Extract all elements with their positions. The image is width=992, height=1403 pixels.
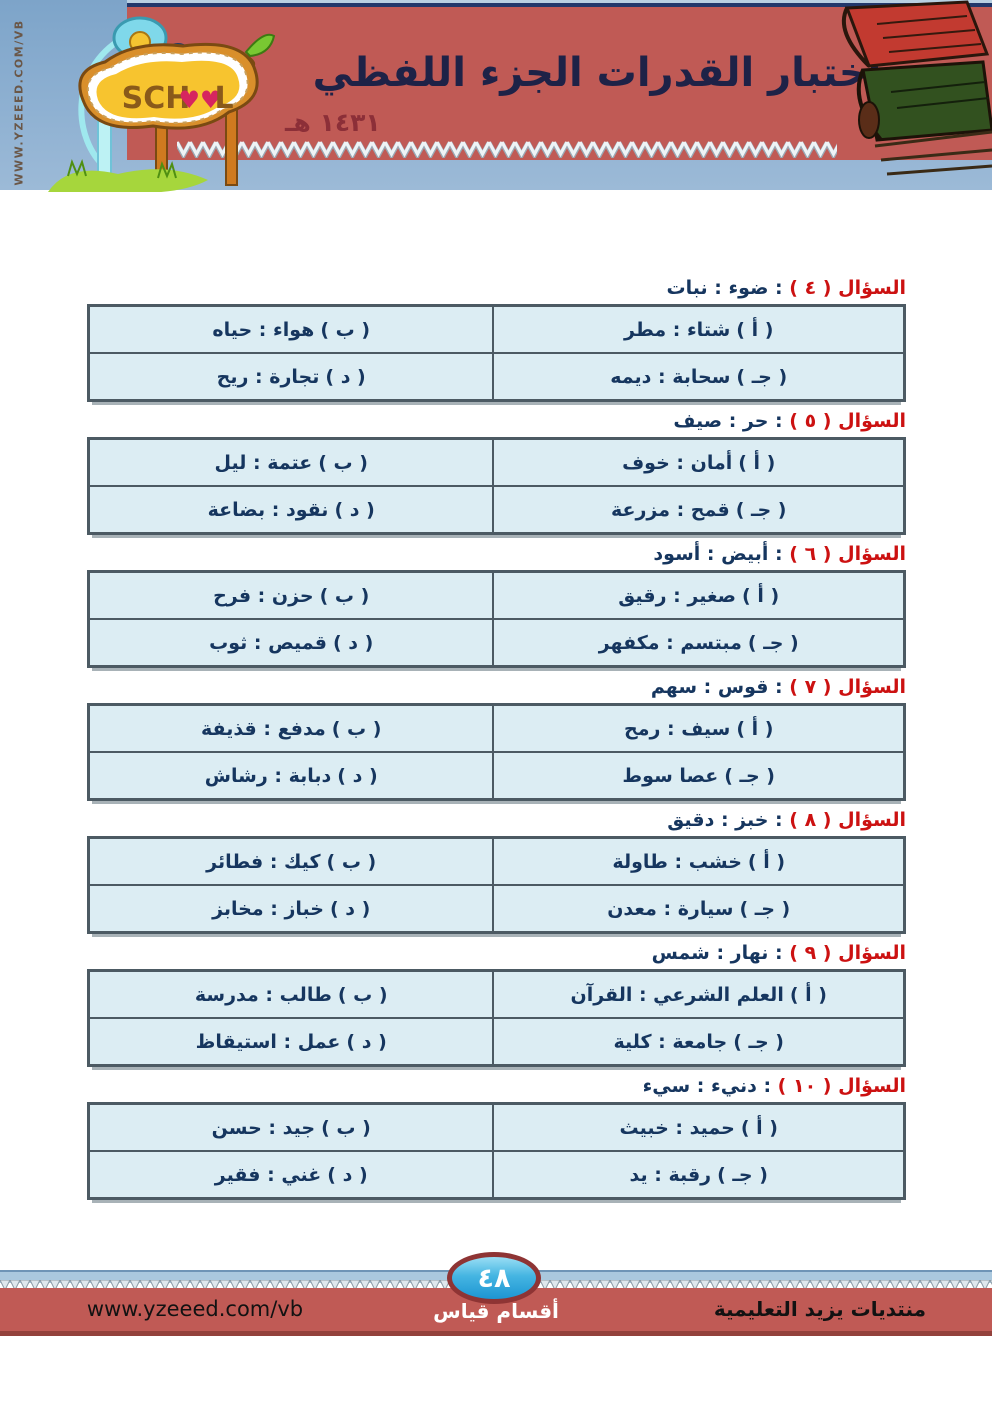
question-number-label: السؤال ( ١٠ ) — [778, 1075, 906, 1097]
option-d: ( د )دبابة : رشاش — [89, 752, 494, 800]
question-separator: : — [768, 277, 789, 299]
option-a: ( أ )العلم الشرعي : القرآن — [493, 971, 904, 1019]
option-c-key: ( جـ ) — [733, 1031, 784, 1053]
options-table: ( أ )أمان : خوف ( ب )عتمة : ليل ( جـ )قم… — [87, 437, 906, 535]
options-table: ( أ )سيف : رمح ( ب )مدفع : قذيفة ( جـ )ع… — [87, 703, 906, 801]
option-d: ( د )عمل : استيقاظ — [89, 1018, 494, 1066]
option-a-key: ( أ ) — [742, 585, 779, 607]
option-a-text: خشب : طاولة — [612, 851, 741, 873]
option-b-text: طالب : مدرسة — [195, 984, 332, 1006]
option-c: ( جـ )عصا سوط — [493, 752, 904, 800]
page-number-badge: ٤٨ — [447, 1252, 541, 1304]
questions-area: السؤال ( ٤ ) : ضوء : نبات ( أ )شتاء : مط… — [87, 276, 906, 1207]
option-d-key: ( د ) — [346, 1031, 386, 1053]
option-a-key: ( أ ) — [741, 1117, 778, 1139]
options-row: ( أ )خشب : طاولة ( ب )كيك : فطائر — [89, 838, 905, 886]
question-title: السؤال ( ٦ ) : أبيض : أسود — [87, 542, 906, 566]
option-a-text: صغير : رقيق — [618, 585, 736, 607]
question-block: السؤال ( ٦ ) : أبيض : أسود ( أ )صغير : ر… — [87, 542, 906, 668]
option-d-key: ( د ) — [327, 1164, 367, 1186]
option-b-key: ( ب ) — [318, 452, 368, 474]
options-table: ( أ )شتاء : مطر ( ب )هواء : حياه ( جـ )س… — [87, 304, 906, 402]
option-c-text: سيارة : معدن — [607, 898, 733, 920]
question-title: السؤال ( ٩ ) : نهار : شمس — [87, 941, 906, 965]
option-c-text: جامعة : كلية — [613, 1031, 727, 1053]
option-c: ( جـ )رقبة : يد — [493, 1151, 904, 1199]
option-c: ( جـ )مبتسم : مكفهر — [493, 619, 904, 667]
question-number-label: السؤال ( ٧ ) — [789, 676, 906, 698]
option-d-text: قميص : ثوب — [209, 632, 327, 654]
option-b-text: كيك : فطائر — [206, 851, 320, 873]
option-b-text: حزن : فرح — [213, 585, 314, 607]
options-row: ( جـ )قمح : مزرعة ( د )نقود : بضاعة — [89, 486, 905, 534]
option-b: ( ب )مدفع : قذيفة — [89, 705, 494, 753]
options-row: ( أ )صغير : رقيق ( ب )حزن : فرح — [89, 572, 905, 620]
option-c-key: ( جـ ) — [748, 632, 799, 654]
option-c-text: سحابة : ديمه — [610, 366, 730, 388]
option-a-key: ( أ ) — [736, 718, 773, 740]
option-c-key: ( جـ ) — [739, 898, 790, 920]
question-title: السؤال ( ٧ ) : قوس : سهم — [87, 675, 906, 699]
options-table: ( أ )حميد : خبيث ( ب )جيد : حسن ( جـ )رق… — [87, 1102, 906, 1200]
question-prompt: أبيض : أسود — [653, 543, 768, 565]
option-c: ( جـ )سحابة : ديمه — [493, 353, 904, 401]
question-title: السؤال ( ٥ ) : حر : صيف — [87, 409, 906, 433]
question-prompt: دنيء : سيء — [643, 1075, 757, 1097]
options-row: ( أ )العلم الشرعي : القرآن ( ب )طالب : م… — [89, 971, 905, 1019]
option-c-key: ( جـ ) — [736, 366, 787, 388]
option-a-key: ( أ ) — [790, 984, 827, 1006]
options-row: ( جـ )سحابة : ديمه ( د )تجارة : ريح — [89, 353, 905, 401]
question-number-label: السؤال ( ٤ ) — [789, 277, 906, 299]
option-a-text: العلم الشرعي : القرآن — [570, 984, 783, 1006]
options-row: ( جـ )سيارة : معدن ( د )خباز : مخابز — [89, 885, 905, 933]
options-table: ( أ )العلم الشرعي : القرآن ( ب )طالب : م… — [87, 969, 906, 1067]
option-a-key: ( أ ) — [738, 452, 775, 474]
option-b: ( ب )هواء : حياه — [89, 306, 494, 354]
option-d-key: ( د ) — [325, 366, 365, 388]
option-b: ( ب )كيك : فطائر — [89, 838, 494, 886]
footer-forum-label: منتديات يزيد التعليمية — [714, 1297, 926, 1321]
question-prompt: ضوء : نبات — [667, 277, 769, 299]
svg-text:L: L — [214, 81, 233, 116]
question-block: السؤال ( ٧ ) : قوس : سهم ( أ )سيف : رمح … — [87, 675, 906, 801]
option-a-key: ( أ ) — [736, 319, 773, 341]
question-block: السؤال ( ٥ ) : حر : صيف ( أ )أمان : خوف … — [87, 409, 906, 535]
options-row: ( جـ )عصا سوط ( د )دبابة : رشاش — [89, 752, 905, 800]
option-d-text: عمل : استيقاظ — [196, 1031, 341, 1053]
vertical-site-url: WWW.YZEEED.COM/VB — [13, 8, 26, 198]
options-table: ( أ )صغير : رقيق ( ب )حزن : فرح ( جـ )مب… — [87, 570, 906, 668]
options-row: ( جـ )مبتسم : مكفهر ( د )قميص : ثوب — [89, 619, 905, 667]
question-title: السؤال ( ١٠ ) : دنيء : سيء — [87, 1074, 906, 1098]
option-c-text: قمح : مزرعة — [611, 499, 730, 521]
option-b-key: ( ب ) — [327, 851, 377, 873]
option-d-text: غني : فقير — [215, 1164, 321, 1186]
option-a: ( أ )صغير : رقيق — [493, 572, 904, 620]
header-date: ١٤٣١ هـ — [285, 108, 381, 137]
option-d-key: ( د ) — [334, 499, 374, 521]
option-c: ( جـ )قمح : مزرعة — [493, 486, 904, 534]
option-c-text: عصا سوط — [622, 765, 718, 787]
page-number: ٤٨ — [478, 1263, 511, 1294]
option-a: ( أ )خشب : طاولة — [493, 838, 904, 886]
books-illustration — [817, 0, 992, 192]
question-separator: : — [768, 543, 789, 565]
question-prompt: نهار : شمس — [652, 942, 769, 964]
option-c: ( جـ )سيارة : معدن — [493, 885, 904, 933]
option-d-text: خباز : مخابز — [212, 898, 324, 920]
worksheet-page: اختبار القدرات الجزء اللفظي ١٤٣١ هـ WWW.… — [0, 0, 992, 1403]
option-d: ( د )نقود : بضاعة — [89, 486, 494, 534]
option-a-text: حميد : خبيث — [620, 1117, 735, 1139]
option-d: ( د )غني : فقير — [89, 1151, 494, 1199]
options-row: ( أ )أمان : خوف ( ب )عتمة : ليل — [89, 439, 905, 487]
option-a: ( أ )أمان : خوف — [493, 439, 904, 487]
option-c-key: ( جـ ) — [736, 499, 787, 521]
option-b-text: جيد : حسن — [212, 1117, 315, 1139]
question-block: السؤال ( ٤ ) : ضوء : نبات ( أ )شتاء : مط… — [87, 276, 906, 402]
option-a-text: سيف : رمح — [624, 718, 730, 740]
option-b-key: ( ب ) — [320, 319, 370, 341]
question-separator: : — [768, 809, 789, 831]
question-block: السؤال ( ٩ ) : نهار : شمس ( أ )العلم الش… — [87, 941, 906, 1067]
option-a: ( أ )حميد : خبيث — [493, 1104, 904, 1152]
option-a: ( أ )شتاء : مطر — [493, 306, 904, 354]
question-separator: : — [768, 942, 789, 964]
option-b-text: هواء : حياه — [212, 319, 314, 341]
option-b: ( ب )طالب : مدرسة — [89, 971, 494, 1019]
question-separator: : — [768, 676, 789, 698]
option-c: ( جـ )جامعة : كلية — [493, 1018, 904, 1066]
options-row: ( أ )سيف : رمح ( ب )مدفع : قذيفة — [89, 705, 905, 753]
option-c-key: ( جـ ) — [717, 1164, 768, 1186]
option-d: ( د )تجارة : ريح — [89, 353, 494, 401]
question-prompt: خبز : دقيق — [667, 809, 768, 831]
question-block: السؤال ( ٨ ) : خبز : دقيق ( أ )خشب : طاو… — [87, 808, 906, 934]
option-b-key: ( ب ) — [320, 585, 370, 607]
option-b-text: عتمة : ليل — [215, 452, 313, 474]
option-a-text: شتاء : مطر — [624, 319, 730, 341]
question-block: السؤال ( ١٠ ) : دنيء : سيء ( أ )حميد : خ… — [87, 1074, 906, 1200]
option-c-text: مبتسم : مكفهر — [599, 632, 742, 654]
option-d: ( د )خباز : مخابز — [89, 885, 494, 933]
question-title: السؤال ( ٤ ) : ضوء : نبات — [87, 276, 906, 300]
options-row: ( أ )حميد : خبيث ( ب )جيد : حسن — [89, 1104, 905, 1152]
option-c-key: ( جـ ) — [724, 765, 775, 787]
page-header: اختبار القدرات الجزء اللفظي ١٤٣١ هـ WWW.… — [0, 0, 992, 190]
question-number-label: السؤال ( ٦ ) — [789, 543, 906, 565]
question-number-label: السؤال ( ٥ ) — [789, 410, 906, 432]
question-prompt: حر : صيف — [673, 410, 768, 432]
option-d-key: ( د ) — [333, 632, 373, 654]
option-b-key: ( ب ) — [332, 718, 382, 740]
option-b-text: مدفع : قذيفة — [201, 718, 326, 740]
option-d: ( د )قميص : ثوب — [89, 619, 494, 667]
question-title: السؤال ( ٨ ) : خبز : دقيق — [87, 808, 906, 832]
school-sign-illustration: SCH ♥♥ L — [28, 0, 288, 192]
option-d-text: تجارة : ريح — [217, 366, 320, 388]
options-table: ( أ )خشب : طاولة ( ب )كيك : فطائر ( جـ )… — [87, 836, 906, 934]
option-a-text: أمان : خوف — [622, 452, 732, 474]
option-d-key: ( د ) — [330, 898, 370, 920]
page-title: اختبار القدرات الجزء اللفظي — [297, 42, 897, 104]
option-b-key: ( ب ) — [321, 1117, 371, 1139]
options-row: ( جـ )رقبة : يد ( د )غني : فقير — [89, 1151, 905, 1199]
question-number-label: السؤال ( ٨ ) — [789, 809, 906, 831]
question-separator: : — [757, 1075, 778, 1097]
option-b-key: ( ب ) — [338, 984, 388, 1006]
option-b: ( ب )حزن : فرح — [89, 572, 494, 620]
option-d-text: نقود : بضاعة — [208, 499, 329, 521]
question-prompt: قوس : سهم — [651, 676, 769, 698]
options-row: ( جـ )جامعة : كلية ( د )عمل : استيقاظ — [89, 1018, 905, 1066]
option-b: ( ب )جيد : حسن — [89, 1104, 494, 1152]
option-d-key: ( د ) — [337, 765, 377, 787]
question-number-label: السؤال ( ٩ ) — [789, 942, 906, 964]
options-row: ( أ )شتاء : مطر ( ب )هواء : حياه — [89, 306, 905, 354]
option-d-text: دبابة : رشاش — [205, 765, 331, 787]
option-b: ( ب )عتمة : ليل — [89, 439, 494, 487]
option-a: ( أ )سيف : رمح — [493, 705, 904, 753]
option-c-text: رقبة : يد — [630, 1164, 712, 1186]
option-a-key: ( أ ) — [748, 851, 785, 873]
question-separator: : — [768, 410, 789, 432]
